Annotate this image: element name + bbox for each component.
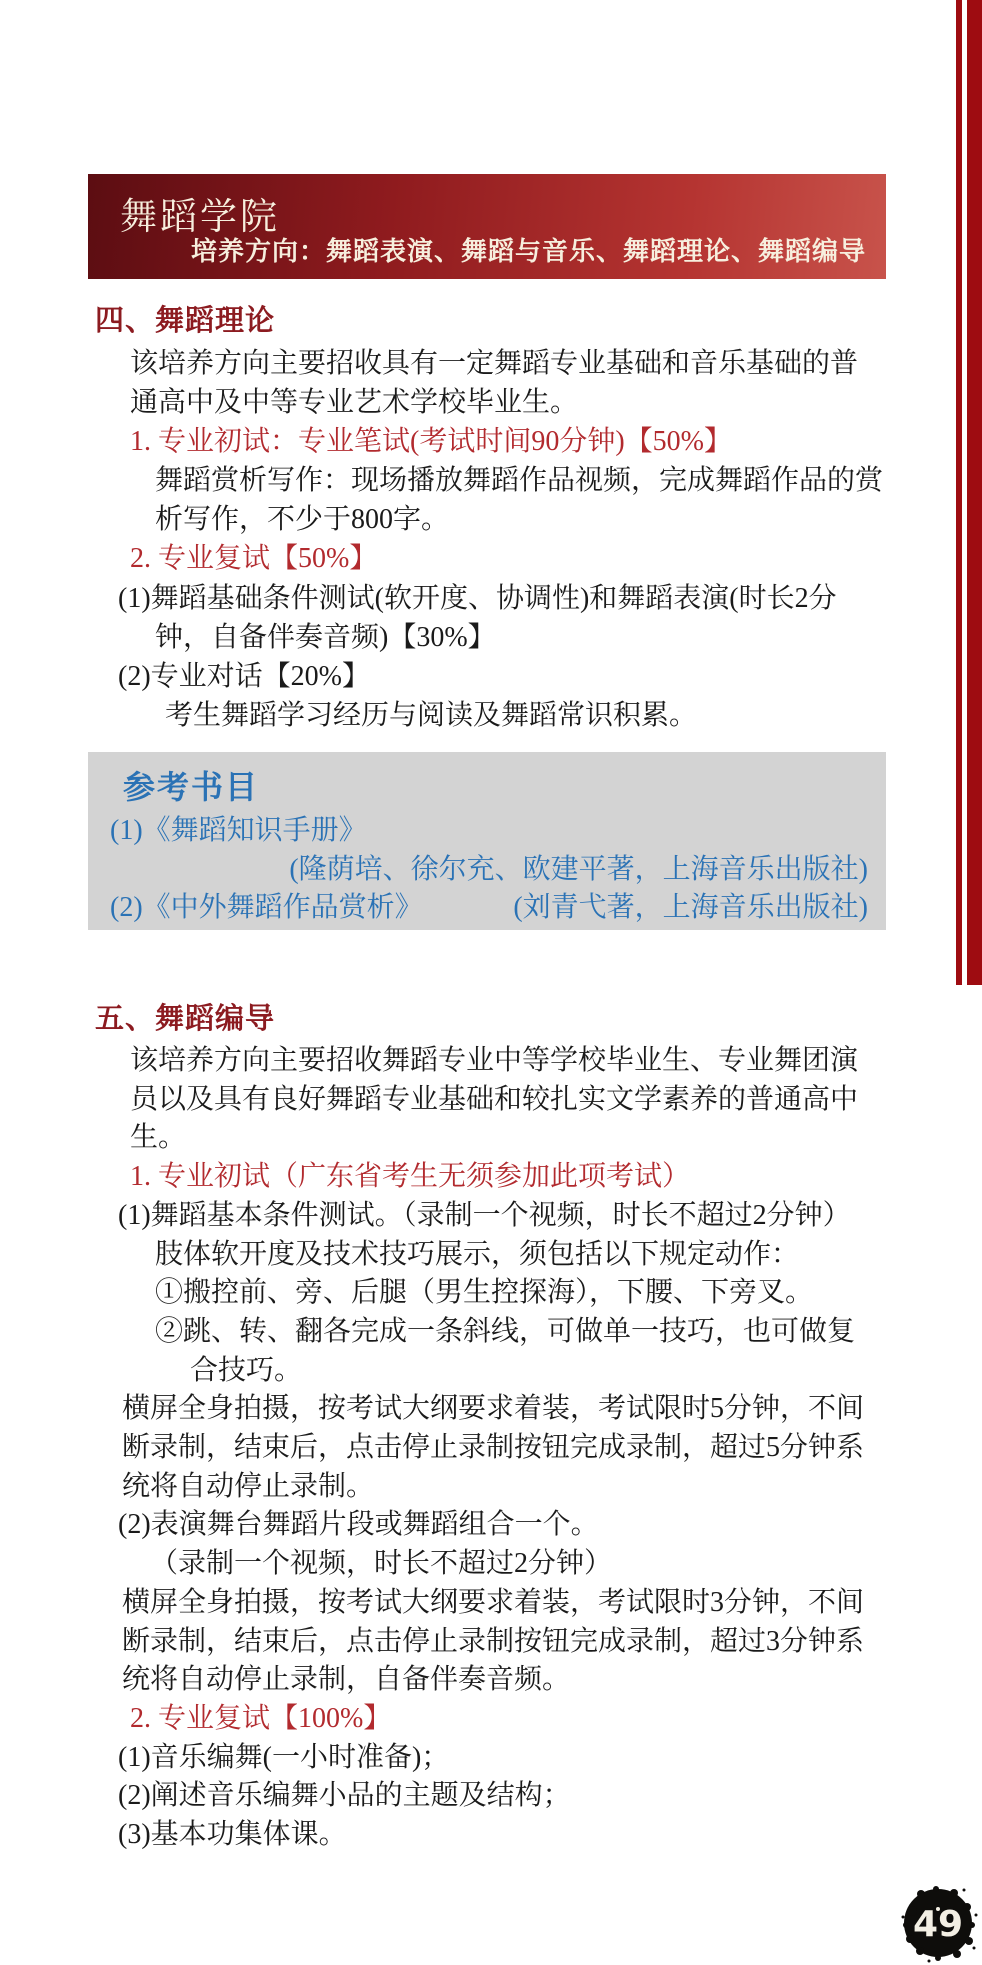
- text-line: 生。: [130, 1119, 890, 1158]
- text-line: 合技巧。: [190, 1352, 890, 1391]
- text-line: 横屏全身拍摄，按考试大纲要求着装，考试限时3分钟，不间: [122, 1584, 890, 1623]
- reference-heading: 参考书目: [123, 762, 868, 812]
- ref-book-1-publisher: (隆荫培、徐尔充、欧建平著，上海音乐出版社): [289, 851, 868, 890]
- text-line: 析写作，不少于800字。: [155, 500, 890, 539]
- text-line: 统将自动停止录制。: [122, 1468, 890, 1507]
- text-line: (3)基本功集体课。: [118, 1816, 890, 1855]
- spacer: [367, 812, 868, 851]
- page-number-badge: 49: [894, 1881, 982, 1965]
- ref-book-2-publisher: (刘青弋著，上海音乐出版社): [513, 889, 868, 928]
- text-line: ①搬控前、旁、后腿（男生控探海），下腰、下旁叉。: [155, 1274, 890, 1313]
- text-line: 考生舞蹈学习经历与阅读及舞蹈常识积累。: [165, 696, 890, 735]
- exam-initial-line: 1. 专业初试（广东省考生无须参加此项考试）: [130, 1158, 890, 1197]
- text-line: (2)阐述音乐编舞小品的主题及结构；: [118, 1777, 890, 1816]
- text-line: (1)音乐编舞(一小时准备)；: [118, 1739, 890, 1778]
- exam-retest-line: 2. 专业复试【50%】: [130, 539, 890, 578]
- side-accent-line: [956, 0, 962, 985]
- exam-retest-line: 2. 专业复试【100%】: [130, 1700, 890, 1739]
- reference-box: 参考书目 (1)《舞蹈知识手册》 (隆荫培、徐尔充、欧建平著，上海音乐出版社) …: [88, 752, 886, 930]
- page-subtitle: 培养方向：舞蹈表演、舞蹈与音乐、舞蹈理论、舞蹈编导: [191, 231, 866, 268]
- text-line: (1)舞蹈基本条件测试。（录制一个视频，时长不超过2分钟）: [118, 1197, 890, 1236]
- text-line: (1)舞蹈基础条件测试(软开度、协调性)和舞蹈表演(时长2分: [118, 579, 890, 618]
- ref-book-2: (2)《中外舞蹈作品赏析》: [110, 889, 423, 928]
- text-line: （录制一个视频，时长不超过2分钟）: [150, 1545, 890, 1584]
- text-line: 横屏全身拍摄，按考试大纲要求着装，考试限时5分钟，不间: [122, 1390, 890, 1429]
- exam-initial-line: 1. 专业初试：专业笔试(考试时间90分钟)【50%】: [130, 422, 890, 461]
- text-line: (2)专业对话【20%】: [118, 657, 890, 696]
- text-line: 舞蹈赏析写作：现场播放舞蹈作品视频，完成舞蹈作品的赏: [155, 461, 890, 500]
- text-line: 该培养方向主要招收舞蹈专业中等学校毕业生、专业舞团演: [130, 1042, 890, 1081]
- text-line: (2)表演舞台舞蹈片段或舞蹈组合一个。: [118, 1506, 890, 1545]
- brochure-page: { "header": { "title": "舞蹈学院", "subtitle…: [0, 0, 982, 1965]
- section-dance-theory: 四、舞蹈理论 该培养方向主要招收具有一定舞蹈专业基础和音乐基础的普 通高中及中等…: [95, 298, 890, 735]
- text-line: ②跳、转、翻各完成一条斜线，可做单一技巧，也可做复: [155, 1313, 890, 1352]
- section5-heading: 五、舞蹈编导: [95, 996, 890, 1042]
- section4-heading: 四、舞蹈理论: [95, 298, 890, 344]
- side-accent-bar: [967, 0, 982, 985]
- text-line: 断录制，结束后，点击停止录制按钮完成录制，超过5分钟系: [122, 1429, 890, 1468]
- spacer: [110, 851, 289, 890]
- text-line: 该培养方向主要招收具有一定舞蹈专业基础和音乐基础的普: [130, 344, 890, 383]
- text-line: 员以及具有良好舞蹈专业基础和较扎实文学素养的普通高中: [130, 1081, 890, 1120]
- section-dance-choreography: 五、舞蹈编导 该培养方向主要招收舞蹈专业中等学校毕业生、专业舞团演 员以及具有良…: [95, 996, 890, 1855]
- text-line: 钟，自备伴奏音频)【30%】: [155, 618, 890, 657]
- text-line: 通高中及中等专业艺术学校毕业生。: [130, 383, 890, 422]
- text-line: 断录制，结束后，点击停止录制按钮完成录制，超过3分钟系: [122, 1623, 890, 1662]
- text-line: 肢体软开度及技术技巧展示，须包括以下规定动作：: [155, 1236, 890, 1275]
- page-number-ink-blob: 49: [894, 1881, 982, 1965]
- ref-book-1: (1)《舞蹈知识手册》: [110, 812, 367, 851]
- header-banner: 舞蹈学院 培养方向：舞蹈表演、舞蹈与音乐、舞蹈理论、舞蹈编导: [88, 174, 886, 279]
- text-line: 统将自动停止录制，自备伴奏音频。: [122, 1661, 890, 1700]
- page-number: 49: [913, 1904, 963, 1945]
